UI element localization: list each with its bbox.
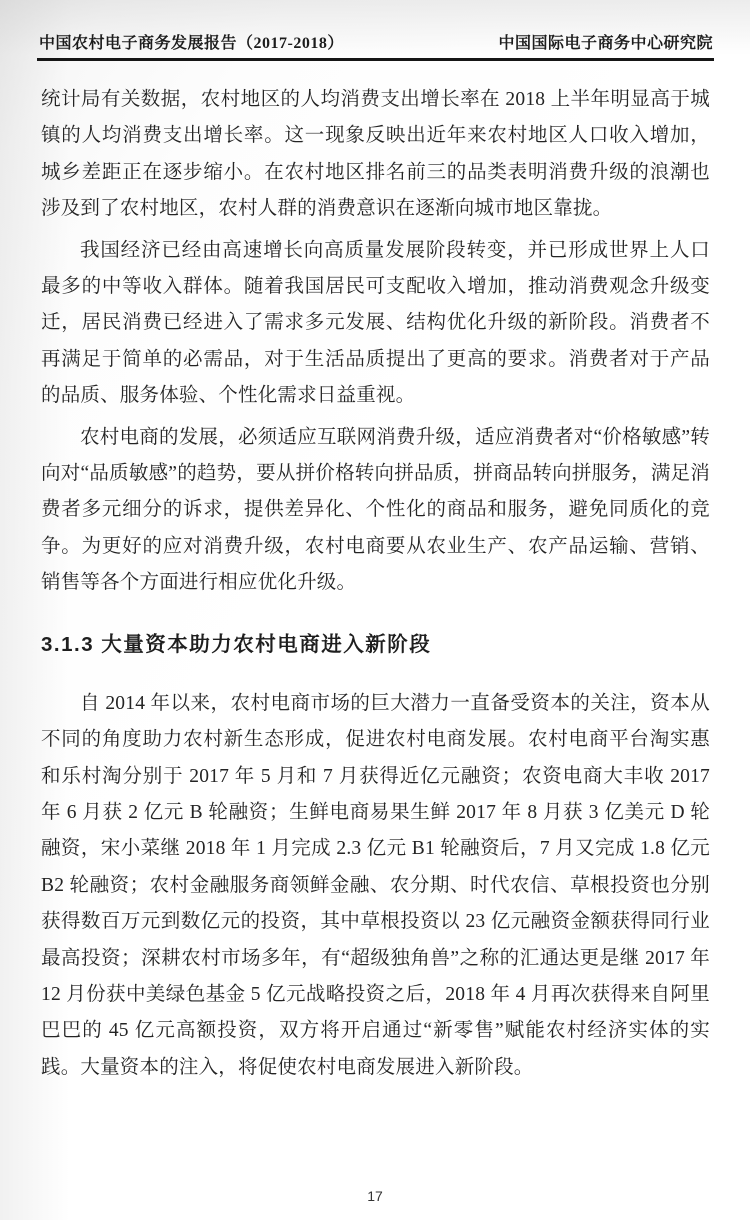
paragraph-capital-investment: 自 2014 年以来，农村电商市场的巨大潜力一直备受资本的关注，资本从不同的角度… <box>41 686 710 1086</box>
paragraph-economy-transition: 我国经济已经由高速增长向高质量发展阶段转变，并已形成世界上人口最多的中等收入群体… <box>41 233 710 415</box>
paragraph-consumption-growth: 统计局有关数据，农村地区的人均消费支出增长率在 2018 上半年明显高于城镇的人… <box>41 82 710 228</box>
running-header: 中国农村电子商务发展报告（2017-2018） 中国国际电子商务中心研究院 <box>39 30 713 53</box>
header-institute-name: 中国国际电子商务中心研究院 <box>498 30 713 53</box>
section-heading-3-1-3: 3.1.3 大量资本助力农村电商进入新阶段 <box>41 627 710 657</box>
document-page: 中国农村电子商务发展报告（2017-2018） 中国国际电子商务中心研究院 统计… <box>0 0 750 1220</box>
header-report-title: 中国农村电子商务发展报告（2017-2018） <box>39 30 344 53</box>
header-divider-rule <box>37 58 714 61</box>
page-body: 统计局有关数据，农村地区的人均消费支出增长率在 2018 上半年明显高于城镇的人… <box>41 82 710 1091</box>
paragraph-rural-ecommerce-upgrade: 农村电商的发展，必须适应互联网消费升级，适应消费者对“价格敏感”转向对“品质敏感… <box>41 420 710 602</box>
page-number: 17 <box>0 1188 750 1204</box>
